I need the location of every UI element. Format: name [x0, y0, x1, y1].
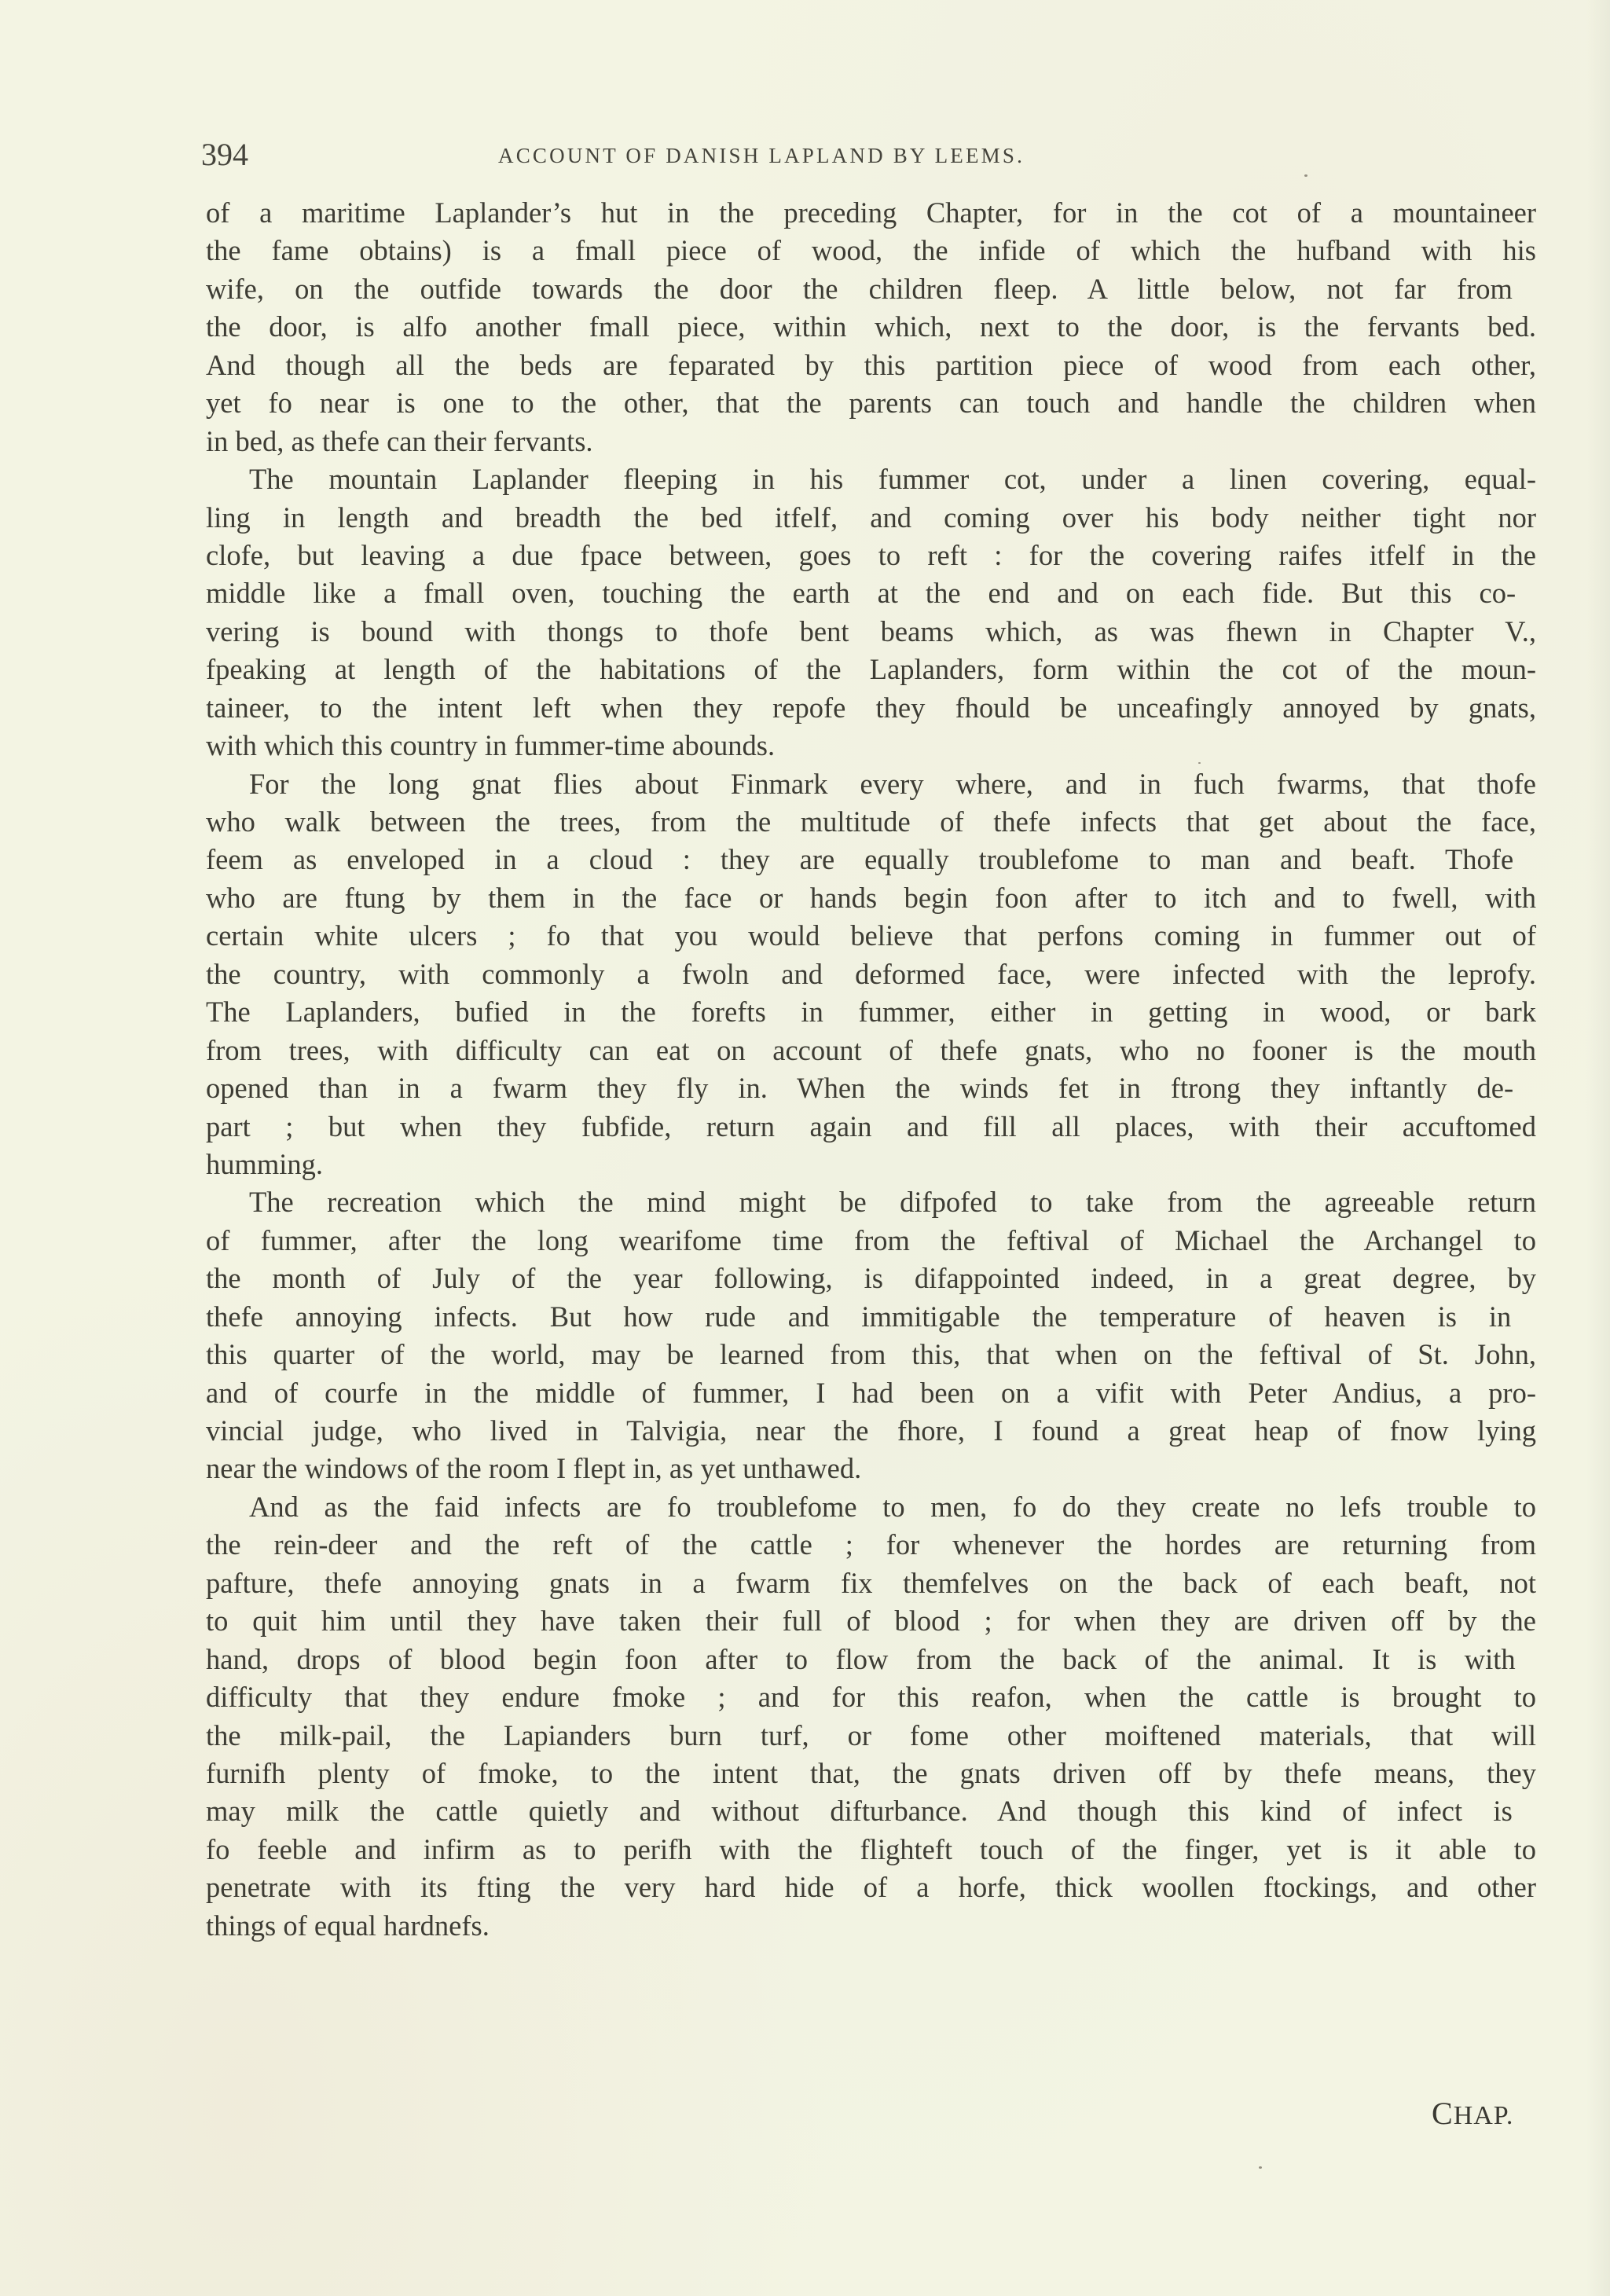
text-line: the country, with commonly a fwoln and d… — [206, 955, 1536, 993]
text-line: things of equal hardnefs. — [206, 1907, 1536, 1945]
text-line: and of courfe in the middle of fummer, I… — [206, 1374, 1536, 1412]
text-line: And though all the beds are feparated by… — [206, 347, 1536, 384]
text-line: the month of July of the year following,… — [206, 1260, 1536, 1297]
text-line: with which this country in fummer-time a… — [206, 727, 1536, 765]
text-line: fpeaking at length of the habitations of… — [206, 651, 1536, 688]
paper-speck — [1259, 2166, 1262, 2169]
text-line: middle like a fmall oven, touching the e… — [206, 574, 1536, 612]
text-line: vincial judge, who lived in Talvigia, ne… — [206, 1412, 1536, 1450]
text-line: from trees, with difficulty can eat on a… — [206, 1032, 1536, 1069]
text-line: thefe annoying infects. But how rude and… — [206, 1298, 1536, 1336]
book-page: 394 ACCOUNT OF DANISH LAPLAND BY LEEMS. … — [0, 0, 1610, 2296]
text-line: of a maritime Laplander’s hut in the pre… — [206, 194, 1536, 232]
text-line: this quarter of the world, may be learne… — [206, 1336, 1536, 1374]
text-line: humming. — [206, 1146, 1536, 1183]
text-line: in bed, as thefe can their fervants. — [206, 423, 1536, 460]
paper-speck — [1198, 762, 1201, 764]
text-line: the milk-pail, the Lapianders burn turf,… — [206, 1717, 1536, 1755]
text-line: of fummer, after the long wearifome time… — [206, 1222, 1536, 1260]
text-line: opened than in a fwarm they fly in. When… — [206, 1069, 1536, 1107]
paragraph-2: The mountain Laplander fleeping in his f… — [206, 460, 1536, 765]
paragraph-5: And as the faid infects are fo troublefo… — [206, 1488, 1536, 1945]
text-line: penetrate with its fting the very hard h… — [206, 1869, 1536, 1906]
catchword: CHAP. — [1432, 2095, 1513, 2135]
text-line: may milk the cattle quietly and without … — [206, 1792, 1536, 1830]
text-line: ling in length and breadth the bed itfel… — [206, 499, 1536, 537]
text-line: the rein-deer and the reft of the cattle… — [206, 1526, 1536, 1564]
text-line: The mountain Laplander fleeping in his f… — [206, 460, 1536, 498]
text-line: yet fo near is one to the other, that th… — [206, 384, 1536, 422]
text-line: taineer, to the intent left when they re… — [206, 689, 1536, 727]
text-line: clofe, but leaving a due fpace between, … — [206, 537, 1536, 574]
catchword-initial: C — [1432, 2096, 1454, 2131]
running-head-title: ACCOUNT OF DANISH LAPLAND BY LEEMS. — [498, 140, 1025, 171]
text-line: part ; but when they fubfide, return aga… — [206, 1108, 1536, 1146]
text-line: The Laplanders, bufied in the forefts in… — [206, 993, 1536, 1031]
text-line: hand, drops of blood begin foon after to… — [206, 1641, 1536, 1678]
text-line: near the windows of the room I flept in,… — [206, 1450, 1536, 1487]
paragraph-3: For the long gnat flies about Finmark ev… — [206, 765, 1536, 1184]
body-text: of a maritime Laplander’s hut in the pre… — [206, 194, 1536, 1945]
catchword-rest: HAP. — [1454, 2101, 1514, 2130]
text-line: wife, on the outfide towards the door th… — [206, 270, 1536, 308]
text-line: certain white ulcers ; fo that you would… — [206, 917, 1536, 955]
text-line: For the long gnat flies about Finmark ev… — [206, 765, 1536, 803]
text-line: difficulty that they endure fmoke ; and … — [206, 1678, 1536, 1716]
page-number: 394 — [201, 135, 248, 174]
text-line: pafture, thefe annoying gnats in a fwarm… — [206, 1564, 1536, 1602]
text-line: who are ftung by them in the face or han… — [206, 879, 1536, 917]
text-line: to quit him until they have taken their … — [206, 1602, 1536, 1640]
text-line: And as the faid infects are fo troublefo… — [206, 1488, 1536, 1526]
page-edge-shadow — [1586, 0, 1610, 2296]
text-line: the fame obtains) is a fmall piece of wo… — [206, 232, 1536, 270]
text-line: who walk between the trees, from the mul… — [206, 803, 1536, 841]
text-line: feem as enveloped in a cloud : they are … — [206, 841, 1536, 878]
running-head: 394 ACCOUNT OF DANISH LAPLAND BY LEEMS. — [201, 135, 1537, 174]
text-line: the door, is alfo another fmall piece, w… — [206, 308, 1536, 346]
paper-speck — [1304, 174, 1307, 177]
text-line: furnifh plenty of fmoke, to the intent t… — [206, 1755, 1536, 1792]
text-line: vering is bound with thongs to thofe ben… — [206, 613, 1536, 651]
text-line: fo feeble and infirm as to perifh with t… — [206, 1831, 1536, 1869]
text-line: The recreation which the mind might be d… — [206, 1183, 1536, 1221]
paragraph-4: The recreation which the mind might be d… — [206, 1183, 1536, 1488]
paragraph-1: of a maritime Laplander’s hut in the pre… — [206, 194, 1536, 460]
